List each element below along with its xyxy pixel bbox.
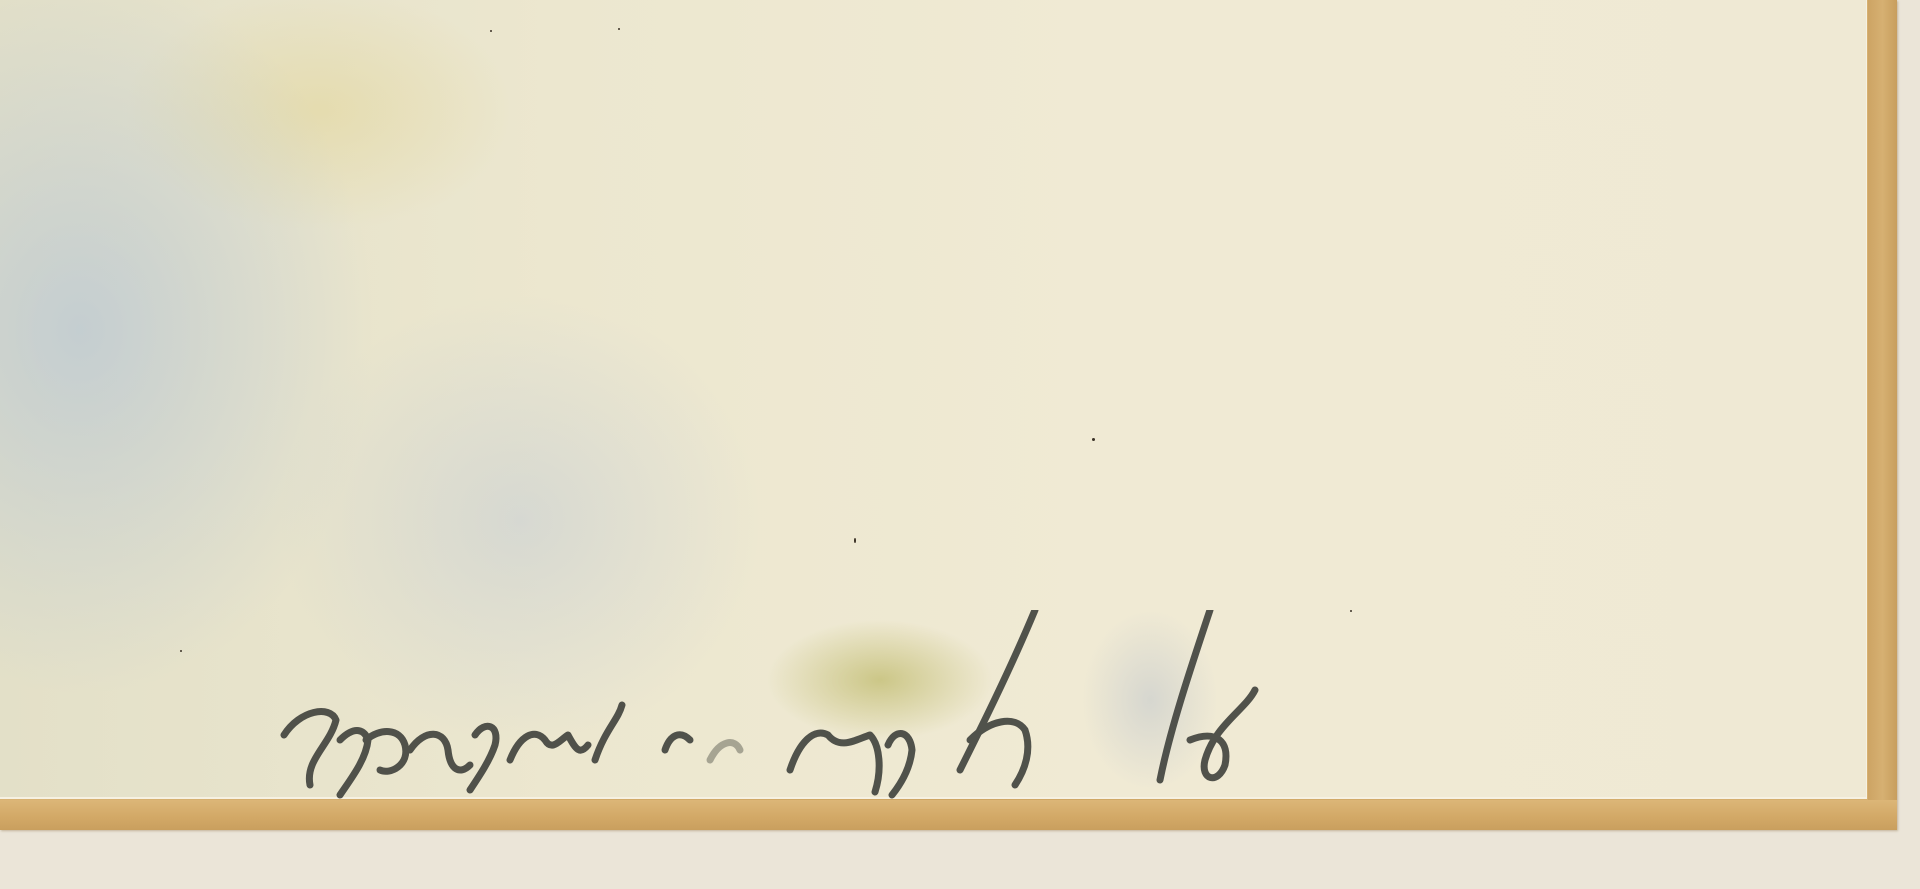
paper-speck <box>854 538 856 543</box>
paper-speck <box>1092 438 1095 441</box>
paper-speck <box>180 650 182 652</box>
gold-frame-fillet-right <box>1868 0 1897 830</box>
paper-speck <box>618 28 620 30</box>
paper-speck <box>490 30 492 32</box>
artist-signature <box>270 610 1740 800</box>
gold-frame-fillet-bottom <box>0 800 1897 830</box>
